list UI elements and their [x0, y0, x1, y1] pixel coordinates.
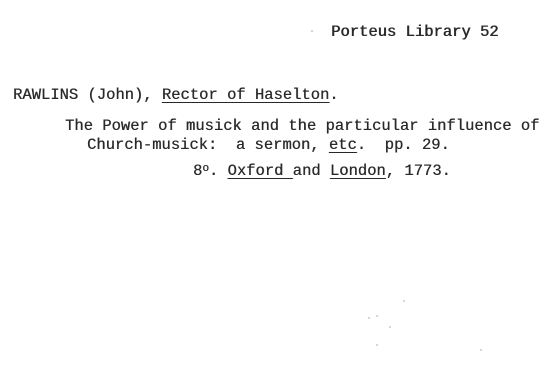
author-title-underlined: Rector of Haselton — [162, 86, 329, 104]
publication-year: , 1773. — [386, 162, 451, 180]
heading-line: RAWLINS (John), Rector of Haselton. — [13, 86, 339, 104]
scan-speck — [376, 315, 378, 317]
format-number: 8 — [193, 162, 202, 180]
scan-speck — [311, 30, 313, 32]
library-reference: Porteus Library 52 — [331, 23, 498, 41]
publication-place-oxford: Oxford — [228, 162, 293, 180]
title-line-1: The Power of musick and the particular i… — [65, 117, 539, 135]
scan-speck — [403, 300, 405, 302]
scan-speck — [368, 317, 370, 319]
heading-period: . — [329, 86, 338, 104]
title-line-2: Church-musick: a sermon, etc. pp. 29. — [87, 136, 450, 154]
title-line-2-text: Church-musick: a sermon, — [87, 136, 329, 154]
format-superscript: o — [202, 160, 209, 178]
etc-underlined: etc — [329, 136, 357, 154]
format-period: . — [209, 162, 228, 180]
publication-place-london: London — [330, 162, 386, 180]
author-name: RAWLINS (John), — [13, 86, 162, 104]
scan-speck — [389, 326, 391, 328]
imprint-line: 8o. Oxford and London, 1773. — [193, 162, 451, 182]
pagination-text: . pp. 29. — [357, 136, 450, 154]
scan-speck — [480, 349, 482, 351]
catalog-card: Porteus Library 52 RAWLINS (John), Recto… — [0, 0, 550, 374]
imprint-conjunction: and — [293, 162, 330, 180]
scan-speck — [376, 344, 378, 346]
